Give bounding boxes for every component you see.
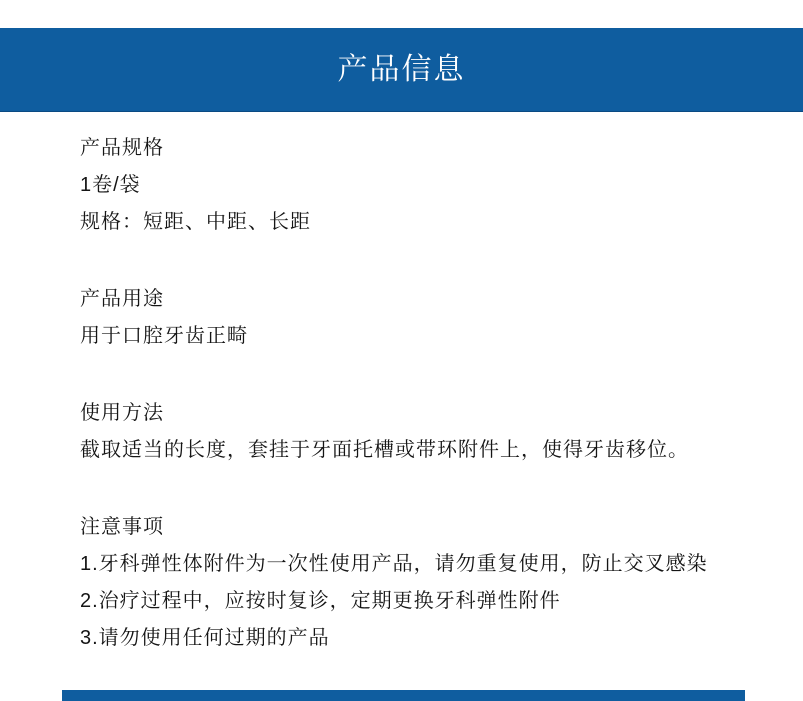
section-product-spec: 产品规格 1卷/袋 规格：短距、中距、长距 (80, 130, 763, 241)
section-heading: 使用方法 (80, 395, 763, 432)
section-line: 3.请勿使用任何过期的产品 (80, 620, 763, 657)
product-info-page: 产品信息 产品规格 1卷/袋 规格：短距、中距、长距 产品用途 用于口腔牙齿正畸… (0, 0, 803, 701)
footer-banner-edge (62, 690, 745, 701)
section-line: 1卷/袋 (80, 167, 763, 204)
product-info-content: 产品规格 1卷/袋 规格：短距、中距、长距 产品用途 用于口腔牙齿正畸 使用方法… (80, 112, 763, 657)
section-line: 1.牙科弹性体附件为一次性使用产品，请勿重复使用，防止交叉感染 (80, 546, 763, 583)
section-product-use: 产品用途 用于口腔牙齿正畸 (80, 281, 763, 355)
section-usage-method: 使用方法 截取适当的长度，套挂于牙面托槽或带环附件上，使得牙齿移位。 (80, 395, 763, 469)
section-line: 2.治疗过程中，应按时复诊，定期更换牙科弹性附件 (80, 583, 763, 620)
section-line: 用于口腔牙齿正畸 (80, 318, 763, 355)
section-precautions: 注意事项 1.牙科弹性体附件为一次性使用产品，请勿重复使用，防止交叉感染 2.治… (80, 509, 763, 657)
page-title-banner: 产品信息 (0, 28, 803, 112)
page-title: 产品信息 (338, 55, 466, 85)
section-line: 规格：短距、中距、长距 (80, 204, 763, 241)
section-line: 截取适当的长度，套挂于牙面托槽或带环附件上，使得牙齿移位。 (80, 432, 763, 469)
section-heading: 注意事项 (80, 509, 763, 546)
section-heading: 产品用途 (80, 281, 763, 318)
section-heading: 产品规格 (80, 130, 763, 167)
